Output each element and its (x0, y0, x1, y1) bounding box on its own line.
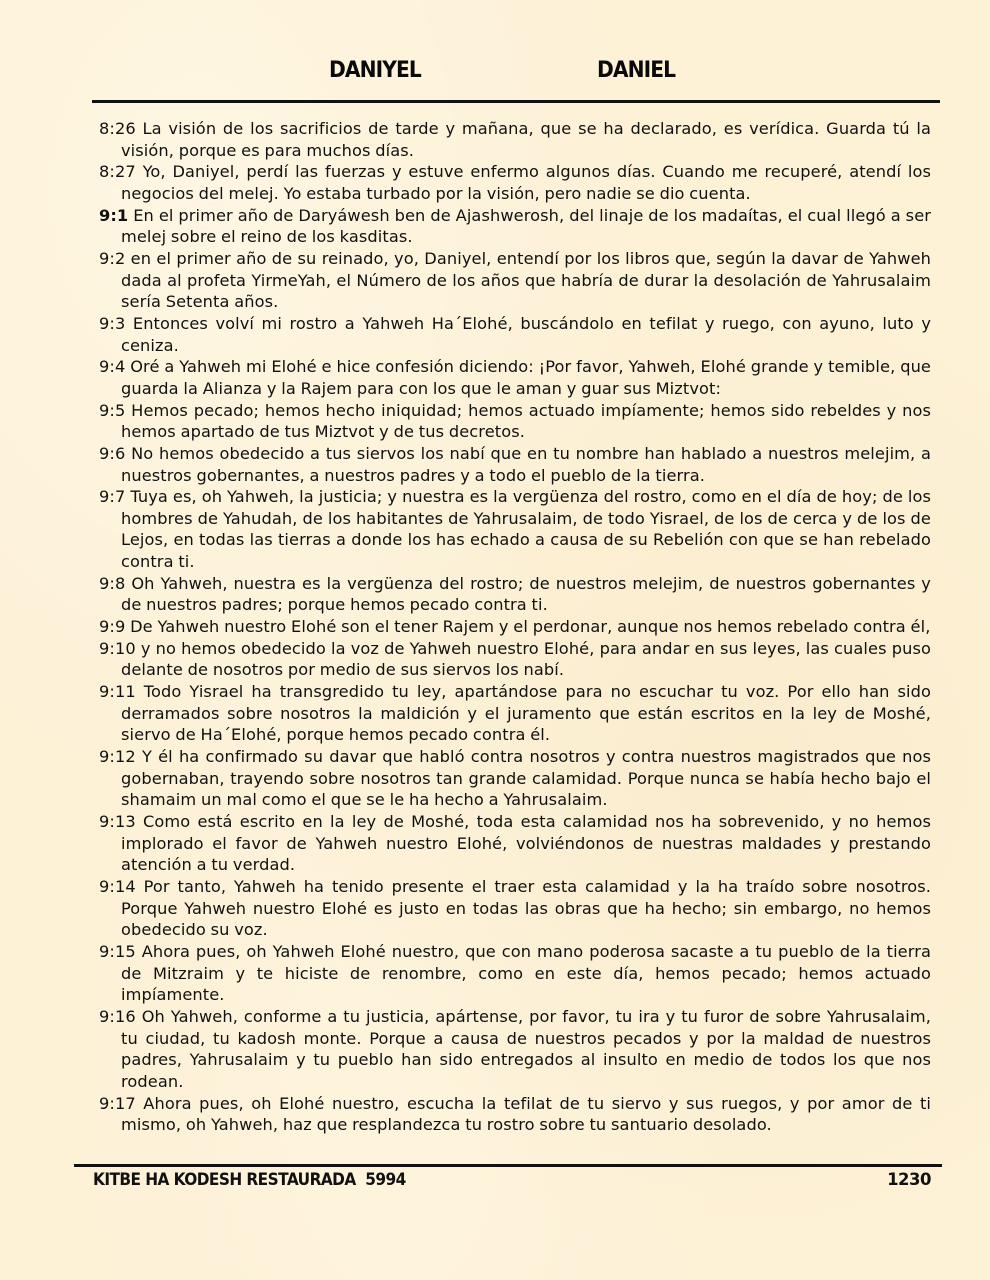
verse-ref: 9:15 (99, 942, 136, 961)
verse-text: Ahora pues, oh Elohé nuestro, escucha la… (121, 1094, 931, 1135)
verse-text: Oré a Yahweh mi Elohé e hice confesión d… (121, 357, 931, 398)
verse: 9:10 y no hemos obedecido la voz de Yahw… (99, 638, 931, 681)
verse-text: Ahora pues, oh Yahweh Elohé nuestro, que… (121, 942, 931, 1004)
verse-ref: 9:3 (99, 314, 125, 333)
verse-ref: 9:4 (99, 357, 125, 376)
verse-text: La visión de los sacrificios de tarde y … (121, 119, 931, 160)
verse-ref-chapter-start: 9:1 (99, 206, 128, 225)
verse: 9:5 Hemos pecado; hemos hecho iniquidad;… (99, 400, 931, 443)
verse-ref: 9:12 (99, 747, 136, 766)
verse-text: Como está escrito en la ley de Moshé, to… (121, 812, 931, 874)
page-header: DANIYEL DANIEL (0, 58, 990, 92)
header-divider (92, 100, 940, 103)
verse-ref: 9:16 (99, 1007, 136, 1026)
verse-text: Oh Yahweh, nuestra es la vergüenza del r… (121, 574, 931, 615)
header-title-spanish-name: DANIEL (597, 58, 675, 83)
header-title-hebrew-name: DANIYEL (329, 58, 421, 83)
verse-text: y no hemos obedecido la voz de Yahweh nu… (121, 639, 931, 680)
verse-text: De Yahweh nuestro Elohé son el tener Raj… (130, 617, 930, 636)
verse: 9:16 Oh Yahweh, conforme a tu justicia, … (99, 1006, 931, 1093)
page-number: 1230 (887, 1170, 931, 1189)
footer-divider (74, 1164, 942, 1167)
verse: 9:4 Oré a Yahweh mi Elohé e hice confesi… (99, 356, 931, 399)
verse: 9:7 Tuya es, oh Yahweh, la justicia; y n… (99, 486, 931, 573)
verse-text: Yo, Daniyel, perdí las fuerzas y estuve … (121, 162, 931, 203)
verse: 9:2 en el primer año de su reinado, yo, … (99, 248, 931, 313)
verse-ref: 8:27 (99, 162, 136, 181)
verse: 8:27 Yo, Daniyel, perdí las fuerzas y es… (99, 161, 931, 204)
verse-ref: 9:14 (99, 877, 136, 896)
verse-text: en el primer año de su reinado, yo, Dani… (121, 249, 931, 311)
verse: 9:9 De Yahweh nuestro Elohé son el tener… (99, 616, 931, 638)
verse-text: Y él ha confirmado su davar que habló co… (121, 747, 931, 809)
verse-text: No hemos obedecido a tus siervos los nab… (121, 444, 931, 485)
verse-ref: 9:17 (99, 1094, 136, 1113)
verse-text: Tuya es, oh Yahweh, la justicia; y nuest… (121, 487, 931, 571)
verse-ref: 9:8 (99, 574, 125, 593)
verse-ref: 9:10 (99, 639, 136, 658)
verse-text: Por tanto, Yahweh ha tenido presente el … (121, 877, 931, 939)
verse: 9:11 Todo Yisrael ha transgredido tu ley… (99, 681, 931, 746)
verse-text: Oh Yahweh, conforme a tu justicia, apárt… (121, 1007, 931, 1091)
verse-list: 8:26 La visión de los sacrificios de tar… (99, 118, 931, 1136)
verse-ref: 9:5 (99, 401, 125, 420)
verse-text: Hemos pecado; hemos hecho iniquidad; hem… (121, 401, 931, 442)
verse: 9:17 Ahora pues, oh Elohé nuestro, escuc… (99, 1093, 931, 1136)
verse: 9:13 Como está escrito en la ley de Mosh… (99, 811, 931, 876)
verse-ref: 9:2 (99, 249, 125, 268)
verse: 9:1 En el primer año de Daryáwesh ben de… (99, 205, 931, 248)
verse-ref: 9:13 (99, 812, 136, 831)
verse-ref: 9:11 (99, 682, 136, 701)
verse-ref: 9:7 (99, 487, 125, 506)
verse: 9:8 Oh Yahweh, nuestra es la vergüenza d… (99, 573, 931, 616)
verse-text: En el primer año de Daryáwesh ben de Aja… (121, 206, 931, 247)
verse: 9:6 No hemos obedecido a tus siervos los… (99, 443, 931, 486)
footer-book-title: KITBE HA KODESH RESTAURADA 5994 (93, 1170, 406, 1189)
verse-ref: 9:9 (99, 617, 125, 636)
verse: 9:14 Por tanto, Yahweh ha tenido present… (99, 876, 931, 941)
verse: 9:12 Y él ha confirmado su davar que hab… (99, 746, 931, 811)
verse-ref: 9:6 (99, 444, 125, 463)
verse-text: Entonces volví mi rostro a Yahweh Ha´Elo… (121, 314, 931, 355)
verse: 9:3 Entonces volví mi rostro a Yahweh Ha… (99, 313, 931, 356)
verse-text: Todo Yisrael ha transgredido tu ley, apa… (121, 682, 931, 744)
verse-ref: 8:26 (99, 119, 136, 138)
verse: 8:26 La visión de los sacrificios de tar… (99, 118, 931, 161)
verse: 9:15 Ahora pues, oh Yahweh Elohé nuestro… (99, 941, 931, 1006)
